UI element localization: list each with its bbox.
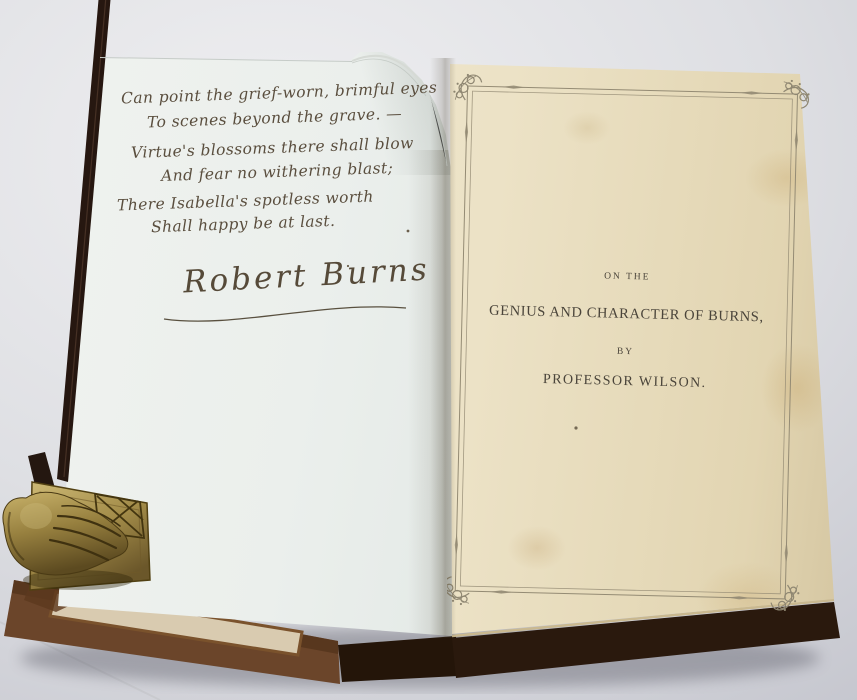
wrist-shade xyxy=(9,512,24,560)
inscription-line: Virtue's blossoms there shall blow xyxy=(131,134,414,162)
title-byline: BY xyxy=(460,343,790,361)
rule-finial-icon xyxy=(739,91,763,95)
handwritten-inscription: Can point the grief-worn, brimful eyes T… xyxy=(0,0,460,360)
backdrop-seam xyxy=(0,622,160,700)
inscription-line: Shall happy be at last. xyxy=(151,212,336,236)
rule-finial-icon xyxy=(784,541,788,565)
inscription-line: There Isabella's spotless worth xyxy=(117,188,374,215)
rule-finial-icon xyxy=(465,120,469,144)
rule-finial-icon xyxy=(502,85,526,89)
rule-finial-icon xyxy=(489,590,513,594)
page-block-edge-left xyxy=(338,636,458,682)
inscription-line: Can point the grief-worn, brimful eyes xyxy=(121,78,438,107)
strap-stub xyxy=(28,452,56,498)
inscription-line: To scenes beyond the grave. — xyxy=(147,105,403,132)
burns-signature: Robert Burns xyxy=(182,252,430,301)
inscription-line: And fear no withering blast; xyxy=(161,159,394,185)
knuckle-highlight xyxy=(20,503,52,529)
title-page-text: ON THE GENIUS AND CHARACTER OF BURNS, BY… xyxy=(460,268,793,394)
title-main: GENIUS AND CHARACTER OF BURNS, xyxy=(461,302,791,327)
rule-finial-icon xyxy=(727,596,751,600)
book-photograph: ON THE GENIUS AND CHARACTER OF BURNS, BY… xyxy=(0,0,857,700)
rule-finial-icon xyxy=(794,128,798,152)
